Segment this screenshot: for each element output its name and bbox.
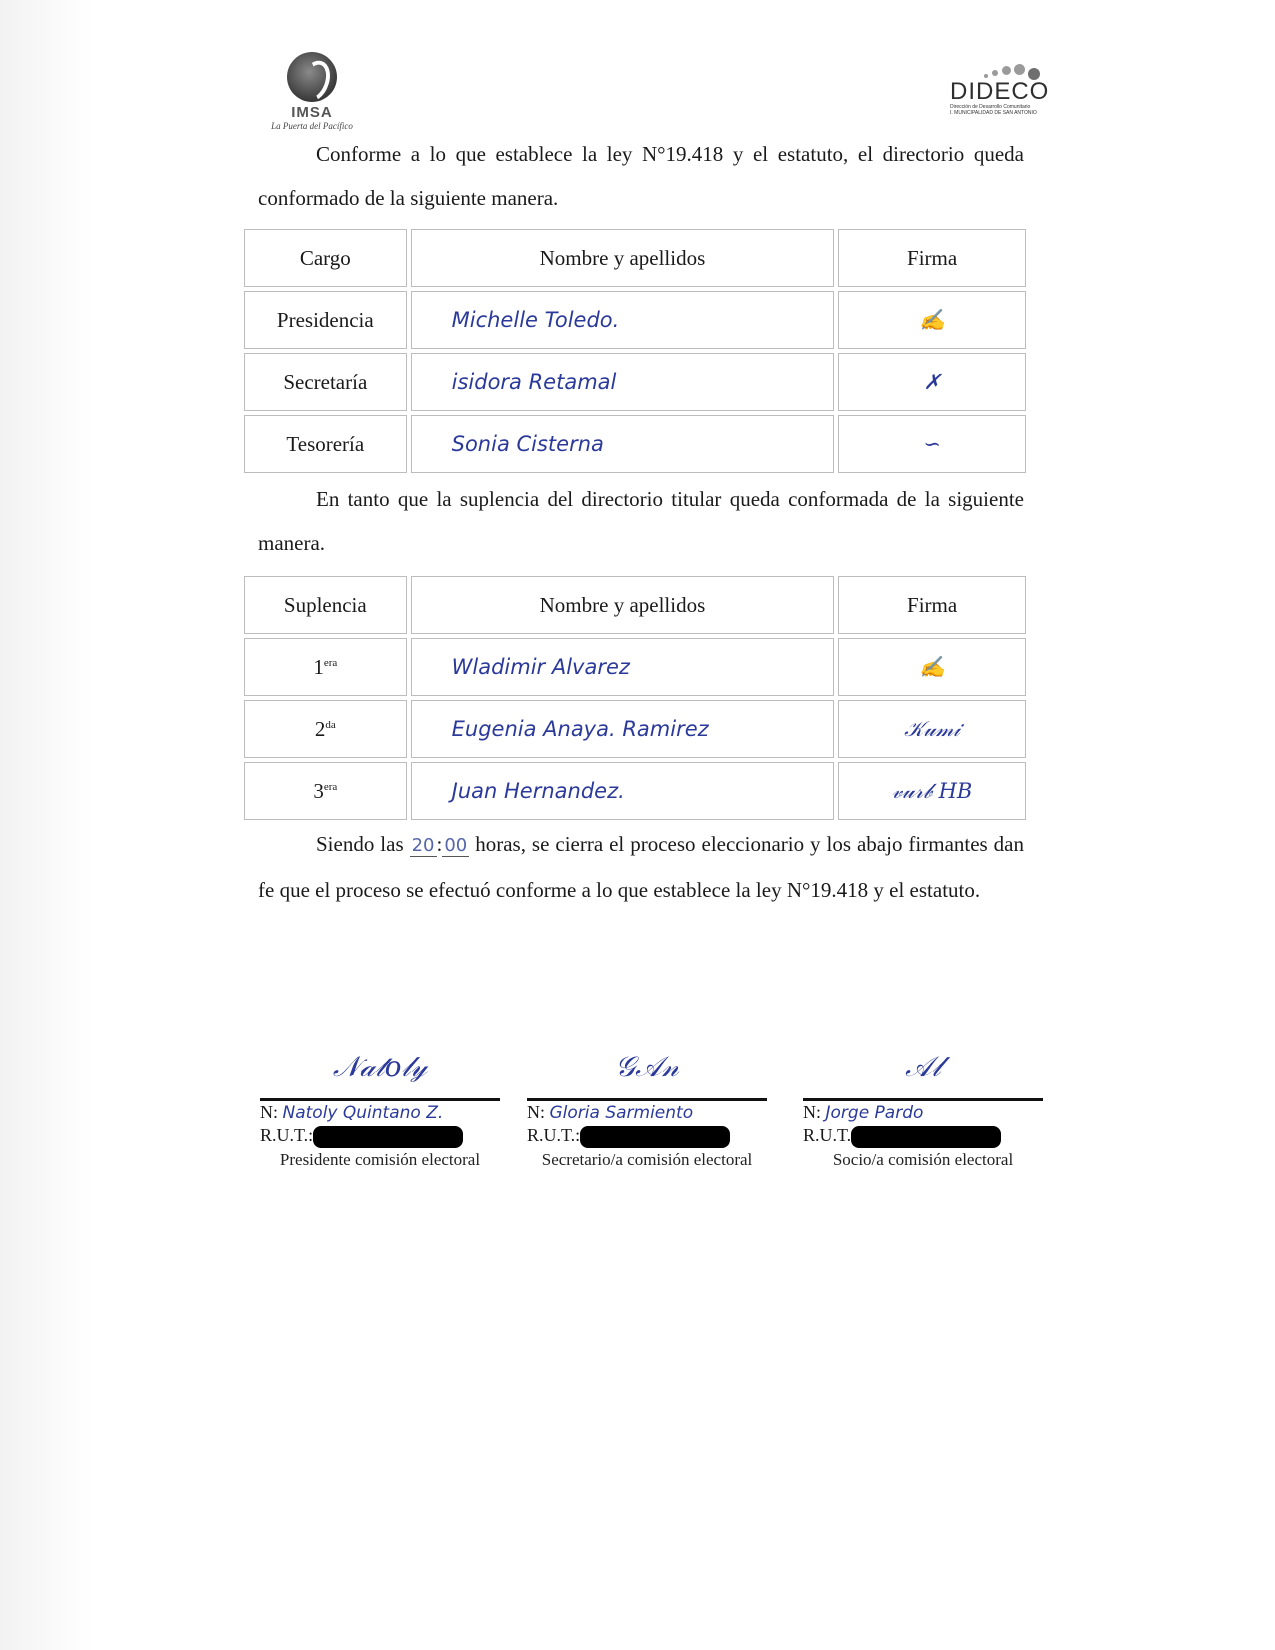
table-row: Tesorería Sonia Cisterna ∽ — [244, 415, 1026, 473]
nombre-cell: Wladimir Alvarez — [411, 638, 835, 696]
suplencia-paragraph: En tanto que la suplencia del directorio… — [258, 477, 1024, 565]
signatory-presidente: 𝒩𝒶𝓉𝑜𝓁𝓎 N: Natoly Quintano Z. R.U.T.: Pre… — [260, 1050, 500, 1170]
closing-hour: 20 — [410, 835, 437, 857]
table-header-row: Cargo Nombre y apellidos Firma — [244, 229, 1026, 287]
header-firma: Firma — [838, 576, 1026, 634]
table-row: Presidencia Michelle Toledo. ✍ — [244, 291, 1026, 349]
signatory-name: Gloria Sarmiento — [550, 1103, 694, 1123]
redacted-rut — [851, 1126, 1001, 1148]
suplencia-text: En tanto que la suplencia del directorio… — [258, 487, 1024, 555]
nombre-cell: Juan Hernandez. — [411, 762, 835, 820]
signature-presidencia: ✍ — [838, 291, 1026, 349]
imsa-logo-name: IMSA — [262, 104, 362, 121]
dideco-logo: DIDECO Dirección de Desarrollo Comunitar… — [950, 62, 1060, 116]
cargo-cell: Presidencia — [244, 291, 407, 349]
table-row: 3era Juan Hernandez. 𝓋𝓊𝓇𝒷 HB — [244, 762, 1026, 820]
intro-paragraph: Conforme a lo que establece la ley N°19.… — [258, 132, 1024, 220]
imsa-logo: IMSA La Puerta del Pacífico — [262, 52, 362, 137]
closing-paragraph: Siendo las 20:00 horas, se cierra el pro… — [258, 822, 1024, 912]
signatory-socio: 𝒜𝓁 N: Jorge Pardo R.U.T. Socio/a comisió… — [803, 1050, 1043, 1170]
signature-secretario: 𝒢𝒜𝓃 — [527, 1050, 767, 1098]
signature-secretaria: ✗ — [838, 353, 1026, 411]
signatory-role: Presidente comisión electoral — [260, 1150, 500, 1170]
cargo-cell: Tesorería — [244, 415, 407, 473]
signatory-role: Secretario/a comisión electoral — [527, 1150, 767, 1170]
dideco-dots-icon — [950, 62, 1060, 80]
signature-suplente-2: 𝒦𝓊𝓂𝒾 — [838, 700, 1026, 758]
intro-text: Conforme a lo que establece la ley N°19.… — [258, 142, 1024, 210]
closing-minutes: 00 — [442, 835, 469, 857]
signature-suplente-1: ✍ — [838, 638, 1026, 696]
redacted-rut — [313, 1126, 463, 1148]
header-cargo: Cargo — [244, 229, 407, 287]
dideco-logo-name: DIDECO — [950, 80, 1060, 104]
suplencia-num-cell: 3era — [244, 762, 407, 820]
header-suplencia: Suplencia — [244, 576, 407, 634]
nombre-cell: isidora Retamal — [411, 353, 835, 411]
imsa-emblem-icon — [287, 52, 337, 102]
dideco-subtitle-2: I. MUNICIPALIDAD DE SAN ANTONIO — [950, 110, 1060, 116]
scan-edge-shadow — [0, 0, 92, 1650]
header-nombre: Nombre y apellidos — [411, 229, 835, 287]
nombre-cell: Sonia Cisterna — [411, 415, 835, 473]
signature-socio: 𝒜𝓁 — [803, 1050, 1043, 1098]
suplencia-table: Suplencia Nombre y apellidos Firma 1era … — [240, 572, 1030, 824]
redacted-rut — [580, 1126, 730, 1148]
suplencia-num-cell: 1era — [244, 638, 407, 696]
table-row: 1era Wladimir Alvarez ✍ — [244, 638, 1026, 696]
signatory-name: Natoly Quintano Z. — [283, 1103, 444, 1123]
nombre-cell: Eugenia Anaya. Ramirez — [411, 700, 835, 758]
signatory-role: Socio/a comisión electoral — [803, 1150, 1043, 1170]
signature-presidente: 𝒩𝒶𝓉𝑜𝓁𝓎 — [260, 1050, 500, 1098]
signature-suplente-3: 𝓋𝓊𝓇𝒷 HB — [838, 762, 1026, 820]
directorio-table: Cargo Nombre y apellidos Firma Presidenc… — [240, 225, 1030, 477]
nombre-cell: Michelle Toledo. — [411, 291, 835, 349]
suplencia-num-cell: 2da — [244, 700, 407, 758]
table-header-row: Suplencia Nombre y apellidos Firma — [244, 576, 1026, 634]
table-row: Secretaría isidora Retamal ✗ — [244, 353, 1026, 411]
signatory-name: Jorge Pardo — [826, 1103, 924, 1123]
header-nombre: Nombre y apellidos — [411, 576, 835, 634]
signatory-secretario: 𝒢𝒜𝓃 N: Gloria Sarmiento R.U.T.: Secretar… — [527, 1050, 767, 1170]
imsa-logo-motto: La Puerta del Pacífico — [262, 121, 362, 131]
cargo-cell: Secretaría — [244, 353, 407, 411]
signature-tesoreria: ∽ — [838, 415, 1026, 473]
table-row: 2da Eugenia Anaya. Ramirez 𝒦𝓊𝓂𝒾 — [244, 700, 1026, 758]
header-firma: Firma — [838, 229, 1026, 287]
